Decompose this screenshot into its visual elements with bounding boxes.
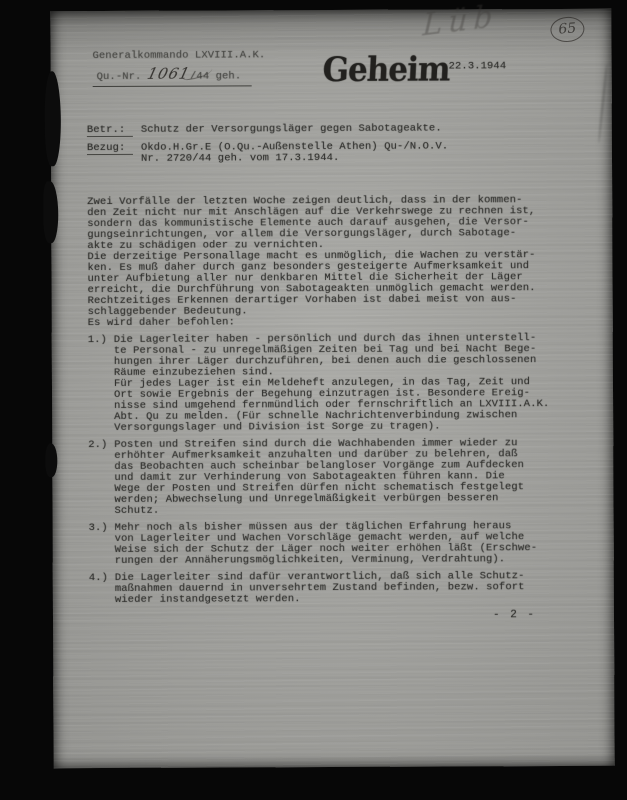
item-number: 1.) <box>88 335 114 434</box>
reference-text: Okdo.H.Gr.E (O.Qu.-Außenstelle Athen) Qu… <box>141 141 448 164</box>
document-body: Zwei Vorfälle der letzten Woche zeigen d… <box>87 195 575 606</box>
archive-number-circled: 65 <box>550 16 586 43</box>
secret-classification-stamp: Geheim <box>322 50 451 89</box>
order-intro-line: Es wird daher befohlen: <box>88 316 574 329</box>
paper-crease <box>598 64 608 144</box>
reference-block: Betr.: Schutz der Versorgungsläger gegen… <box>87 123 448 171</box>
reference-line: Bezug: Okdo.H.Gr.E (O.Qu.-Außenstelle At… <box>87 141 448 165</box>
page-number: - 2 - <box>493 610 536 621</box>
letterhead: Generalkommando LXVIII.A.K. Qu.-Nr. 1061… <box>93 50 266 87</box>
film-edge-blot <box>45 443 57 477</box>
item-text: Die Lagerleiter sind dafür verantwortlic… <box>115 571 525 606</box>
item-text: Posten und Streifen sind durch die Wachh… <box>114 438 524 517</box>
order-item-2: 2.) Posten und Streifen sind durch die W… <box>88 438 574 517</box>
reference-label: Bezug: <box>87 143 133 155</box>
pencil-scribble: Lüb <box>422 0 500 44</box>
subject-text: Schutz der Versorgungsläger gegen Sabota… <box>141 124 442 137</box>
item-number: 4.) <box>89 573 115 606</box>
intro-paragraph: Zwei Vorfälle der letzten Woche zeigen d… <box>87 195 574 318</box>
document-date: 22.3.1944 <box>449 61 507 72</box>
film-edge-blot <box>45 71 61 166</box>
item-text: Mehr noch als bisher müssen aus der tägl… <box>115 521 538 567</box>
film-edge-blot <box>43 181 58 243</box>
document-page: Lüb 65 Generalkommando LXVIII.A.K. Qu.-N… <box>50 9 614 768</box>
item-number: 2.) <box>88 440 114 517</box>
item-text: Die Lagerleiter haben - persönlich und d… <box>114 333 550 434</box>
file-number-prefix: Qu.-Nr. <box>97 71 148 83</box>
item-number: 3.) <box>89 523 115 567</box>
order-item-1: 1.) Die Lagerleiter haben - persönlich u… <box>88 333 574 434</box>
subject-label: Betr.: <box>87 125 133 137</box>
subject-line: Betr.: Schutz der Versorgungsläger gegen… <box>87 123 448 137</box>
order-item-3: 3.) Mehr noch als bisher müssen aus der … <box>89 521 575 567</box>
order-item-4: 4.) Die Lagerleiter sind dafür verantwor… <box>89 571 575 606</box>
photo-background: { "annotations": { "pencil_note": "Lüb",… <box>0 0 627 800</box>
letterhead-unit: Generalkommando LXVIII.A.K. <box>93 50 266 62</box>
letterhead-file-number: Qu.-Nr. 1061/44 geh. <box>93 64 252 87</box>
